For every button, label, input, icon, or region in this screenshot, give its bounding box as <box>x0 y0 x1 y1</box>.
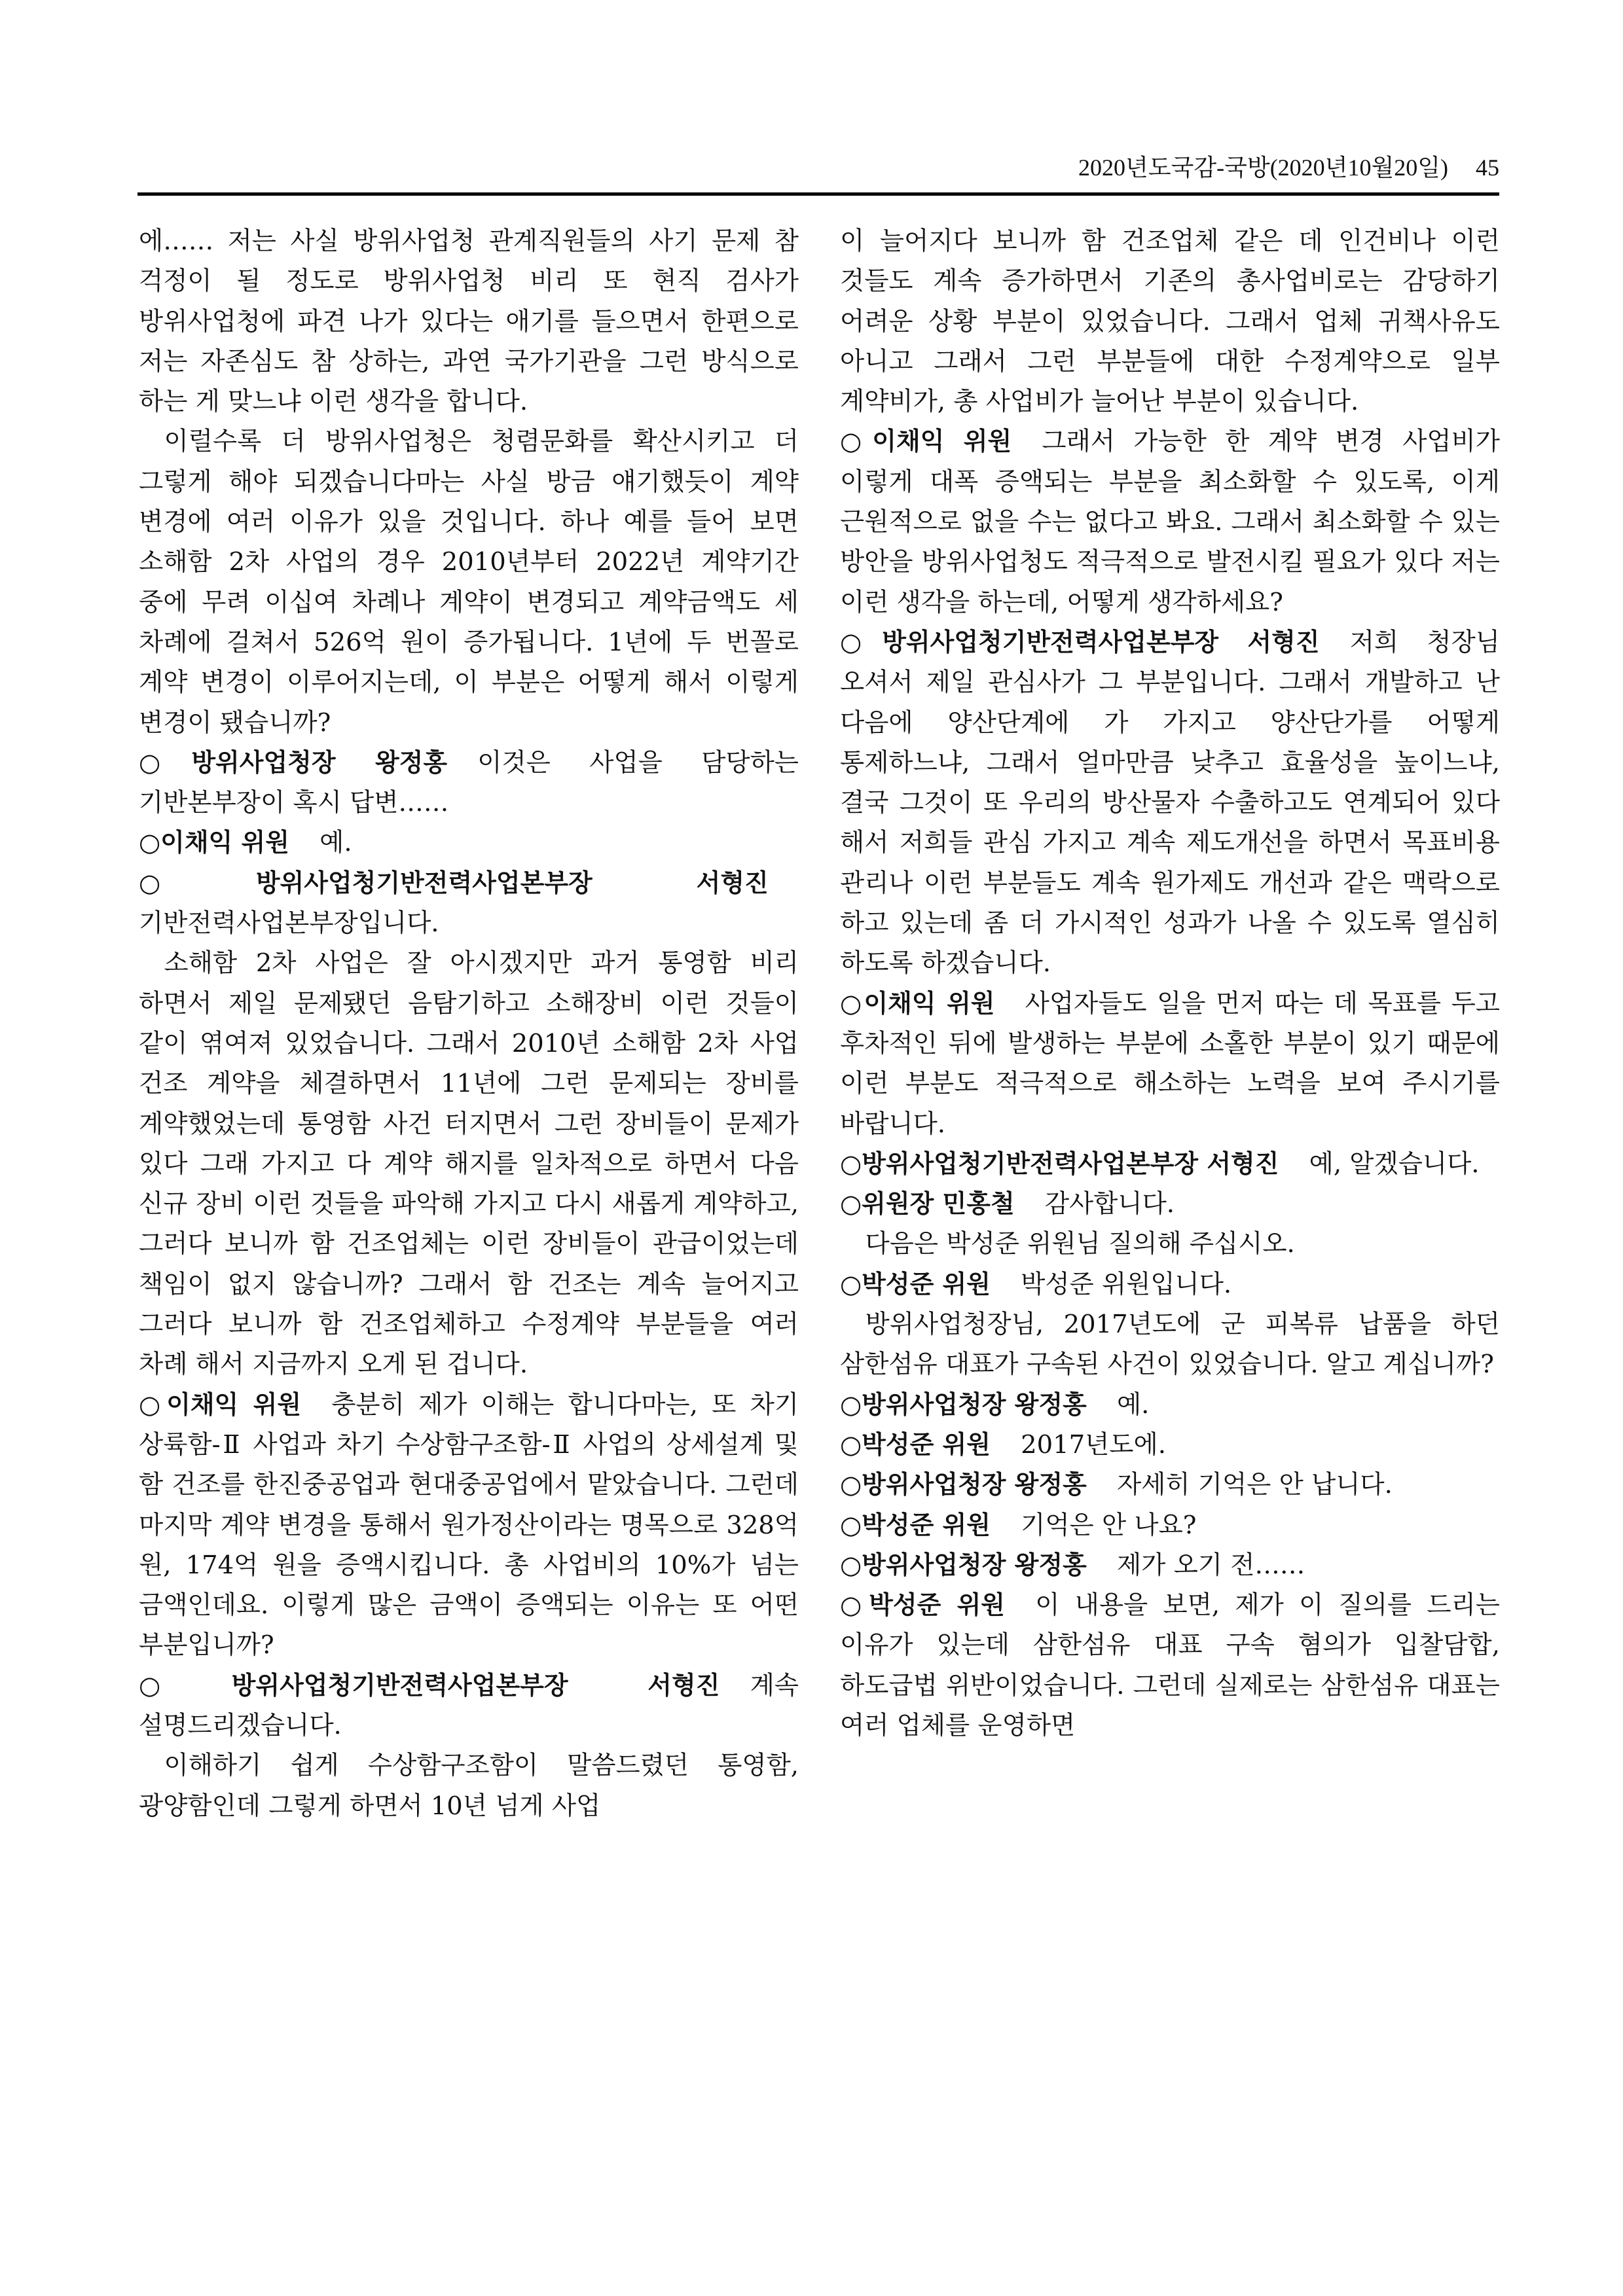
speaker-mark-icon: ○ <box>840 1511 862 1539</box>
speaker-label: 이채익 위원 <box>166 1390 301 1419</box>
speaker-mark-icon: ○ <box>139 1671 232 1700</box>
speaker-name: ○박성준 위원 <box>840 1430 991 1459</box>
speaker-label: 위원장 민홍철 <box>862 1189 1014 1218</box>
speaker-label: 방위사업청기반전력사업본부장 서형진 <box>232 1671 720 1700</box>
speech-text: 예, 알겠습니다. <box>1309 1149 1480 1179</box>
speaker-name: ○이채익 위원 <box>840 989 994 1018</box>
speech-text: 감사합니다. <box>1045 1189 1175 1219</box>
speech-entry: ○이채익 위원예. <box>139 823 799 863</box>
header-rule <box>137 192 1499 196</box>
speaker-label: 박성준 위원 <box>862 1270 991 1299</box>
paragraph: 에…… 저는 사실 방위사업청 관계직원들의 사기 문제 참 걱정이 될 정도로… <box>139 221 799 422</box>
speech-entry: ○이채익 위원그래서 가능한 한 계약 변경 사업비가 이렇게 대폭 증액되는 … <box>840 422 1500 622</box>
speaker-mark-icon: ○ <box>840 628 882 656</box>
paragraph: 이해하기 쉽게 수상함구조함이 말씀드렸던 통영함, 광양함인데 그렇게 하면서… <box>139 1746 799 1826</box>
speech-text: 자세히 기억은 안 납니다. <box>1117 1470 1393 1499</box>
speaker-name: ○방위사업청장 왕정홍 <box>840 1390 1087 1419</box>
speaker-name: ○이채익 위원 <box>840 427 1012 456</box>
speaker-label: 이채익 위원 <box>160 828 289 857</box>
paragraph-text: 이럴수록 더 방위사업청은 청렴문화를 확산시키고 더 그렇게 해야 되겠습니다… <box>139 427 799 737</box>
speaker-name: ○이채익 위원 <box>139 1390 301 1419</box>
speech-entry: ○방위사업청기반전력사업본부장 서형진기반전력사업본부장입니다. <box>139 863 799 944</box>
speech-text: 예. <box>1117 1390 1149 1420</box>
speaker-label: 방위사업청기반전력사업본부장 서형진 <box>882 628 1319 656</box>
speaker-mark-icon: ○ <box>139 869 256 897</box>
speaker-label: 방위사업청기반전력사업본부장 서형진 <box>256 869 769 897</box>
speaker-mark-icon: ○ <box>840 1189 862 1218</box>
header-title: 2020년도국감-국방(2020년10월20일) <box>1078 154 1448 181</box>
speech-text: 기억은 안 나요? <box>1021 1511 1196 1540</box>
speaker-label: 방위사업청장 왕정홍 <box>191 748 447 777</box>
speaker-name: ○이채익 위원 <box>139 828 289 857</box>
speaker-mark-icon: ○ <box>840 1430 862 1459</box>
speaker-name: ○방위사업청기반전력사업본부장 서형진 <box>840 628 1320 656</box>
paragraph: 방위사업청장님, 2017년도에 군 피복류 납품을 하던 삼한섬유 대표가 구… <box>840 1304 1500 1385</box>
speaker-name: ○방위사업청장 왕정홍 <box>840 1551 1087 1579</box>
speech-entry: ○이채익 위원사업자들도 일을 먼저 따는 데 목표를 두고 후차적인 뒤에 발… <box>840 984 1500 1144</box>
speaker-name: ○방위사업청기반전력사업본부장 서형진 <box>139 1671 720 1700</box>
right-column: 이 늘어지다 보니까 함 건조업체 같은 데 인건비나 이런 것들도 계속 증가… <box>840 221 1500 1746</box>
speech-text: 2017년도에. <box>1021 1430 1166 1460</box>
speaker-name: ○방위사업청장 왕정홍 <box>840 1470 1087 1499</box>
speaker-name: ○방위사업청기반전력사업본부장 서형진 <box>139 869 769 897</box>
speaker-label: 방위사업청장 왕정홍 <box>862 1390 1087 1419</box>
page-number: 45 <box>1476 154 1499 181</box>
speech-entry: ○박성준 위원박성준 위원입니다. <box>840 1265 1500 1304</box>
speaker-name: ○박성준 위원 <box>840 1270 991 1299</box>
speech-entry: ○방위사업청장 왕정홍예. <box>840 1385 1500 1425</box>
speaker-mark-icon: ○ <box>840 1390 862 1419</box>
speaker-mark-icon: ○ <box>840 1551 862 1579</box>
speaker-label: 박성준 위원 <box>869 1590 1005 1619</box>
page-header: 2020년도국감-국방(2020년10월20일)45 <box>137 149 1499 183</box>
speaker-label: 방위사업청기반전력사업본부장 서형진 <box>862 1149 1279 1178</box>
speaker-mark-icon: ○ <box>840 1270 862 1299</box>
paragraph-text: 소해함 2차 사업은 잘 아시겠지만 과거 통영함 비리 하면서 제일 문제됐던… <box>139 948 799 1379</box>
paragraph: 소해함 2차 사업은 잘 아시겠지만 과거 통영함 비리 하면서 제일 문제됐던… <box>139 943 799 1384</box>
paragraph-text: 방위사업청장님, 2017년도에 군 피복류 납품을 하던 삼한섬유 대표가 구… <box>840 1310 1500 1379</box>
speaker-mark-icon: ○ <box>139 1390 166 1419</box>
speaker-mark-icon: ○ <box>139 828 160 857</box>
paragraph-text: 에…… 저는 사실 방위사업청 관계직원들의 사기 문제 참 걱정이 될 정도로… <box>139 226 799 416</box>
speech-text: 저희 청장님 오셔서 제일 관심사가 그 부분입니다. 그래서 개발하고 난 다… <box>840 628 1500 978</box>
speaker-label: 박성준 위원 <box>862 1430 991 1459</box>
speaker-name: ○박성준 위원 <box>840 1511 991 1539</box>
speech-text: 충분히 제가 이해는 합니다마는, 또 차기 상륙함-Ⅱ 사업과 차기 수상함구… <box>139 1390 799 1660</box>
speech-entry: ○방위사업청기반전력사업본부장 서형진계속 설명드리겠습니다. <box>139 1666 799 1746</box>
speech-entry: ○박성준 위원기억은 안 나요? <box>840 1505 1500 1545</box>
speaker-name: ○방위사업청기반전력사업본부장 서형진 <box>840 1149 1279 1178</box>
left-column: 에…… 저는 사실 방위사업청 관계직원들의 사기 문제 참 걱정이 될 정도로… <box>139 221 799 1826</box>
speech-entry: ○박성준 위원2017년도에. <box>840 1425 1500 1465</box>
paragraph: 이럴수록 더 방위사업청은 청렴문화를 확산시키고 더 그렇게 해야 되겠습니다… <box>139 422 799 742</box>
speaker-name: ○방위사업청장 왕정홍 <box>139 748 447 777</box>
speaker-mark-icon: ○ <box>840 989 864 1018</box>
speaker-label: 이채익 위원 <box>864 989 994 1018</box>
paragraph-text: 다음은 박성준 위원님 질의해 주십시오. <box>866 1229 1295 1259</box>
speaker-label: 방위사업청장 왕정홍 <box>862 1551 1087 1579</box>
speaker-mark-icon: ○ <box>139 748 191 777</box>
speech-entry: ○위원장 민홍철감사합니다. <box>840 1184 1500 1224</box>
speech-entry: ○방위사업청기반전력사업본부장 서형진저희 청장님 오셔서 제일 관심사가 그 … <box>840 622 1500 984</box>
speech-text: 예. <box>319 828 352 857</box>
speech-entry: ○방위사업청장 왕정홍제가 오기 전…… <box>840 1545 1500 1585</box>
speaker-label: 이채익 위원 <box>872 427 1012 456</box>
speech-text: 박성준 위원입니다. <box>1021 1270 1231 1299</box>
paragraph: 다음은 박성준 위원님 질의해 주십시오. <box>840 1224 1500 1264</box>
speech-entry: ○이채익 위원충분히 제가 이해는 합니다마는, 또 차기 상륙함-Ⅱ 사업과 … <box>139 1385 799 1666</box>
speaker-mark-icon: ○ <box>840 1590 869 1619</box>
speaker-name: ○박성준 위원 <box>840 1590 1005 1619</box>
speech-entry: ○박성준 위원이 내용을 보면, 제가 이 질의를 드리는 이유가 있는데 삼한… <box>840 1585 1500 1746</box>
paragraph-text: 이해하기 쉽게 수상함구조함이 말씀드렸던 통영함, 광양함인데 그렇게 하면서… <box>139 1751 799 1820</box>
speech-text: 제가 오기 전…… <box>1117 1551 1305 1580</box>
speaker-label: 박성준 위원 <box>862 1511 991 1539</box>
speaker-name: ○위원장 민홍철 <box>840 1189 1015 1218</box>
speaker-mark-icon: ○ <box>840 1149 862 1178</box>
paragraph-text: 이 늘어지다 보니까 함 건조업체 같은 데 인건비나 이런 것들도 계속 증가… <box>840 226 1500 416</box>
paragraph: 이 늘어지다 보니까 함 건조업체 같은 데 인건비나 이런 것들도 계속 증가… <box>840 221 1500 422</box>
speech-entry: ○방위사업청장 왕정홍이것은 사업을 담당하는 기반본부장이 혹시 답변…… <box>139 743 799 823</box>
speech-entry: ○방위사업청장 왕정홍자세히 기억은 안 납니다. <box>840 1465 1500 1505</box>
speaker-mark-icon: ○ <box>840 427 872 456</box>
speaker-label: 방위사업청장 왕정홍 <box>862 1470 1087 1499</box>
speech-text: 기반전력사업본부장입니다. <box>139 908 439 938</box>
speech-entry: ○방위사업청기반전력사업본부장 서형진예, 알겠습니다. <box>840 1144 1500 1184</box>
speaker-mark-icon: ○ <box>840 1470 862 1499</box>
